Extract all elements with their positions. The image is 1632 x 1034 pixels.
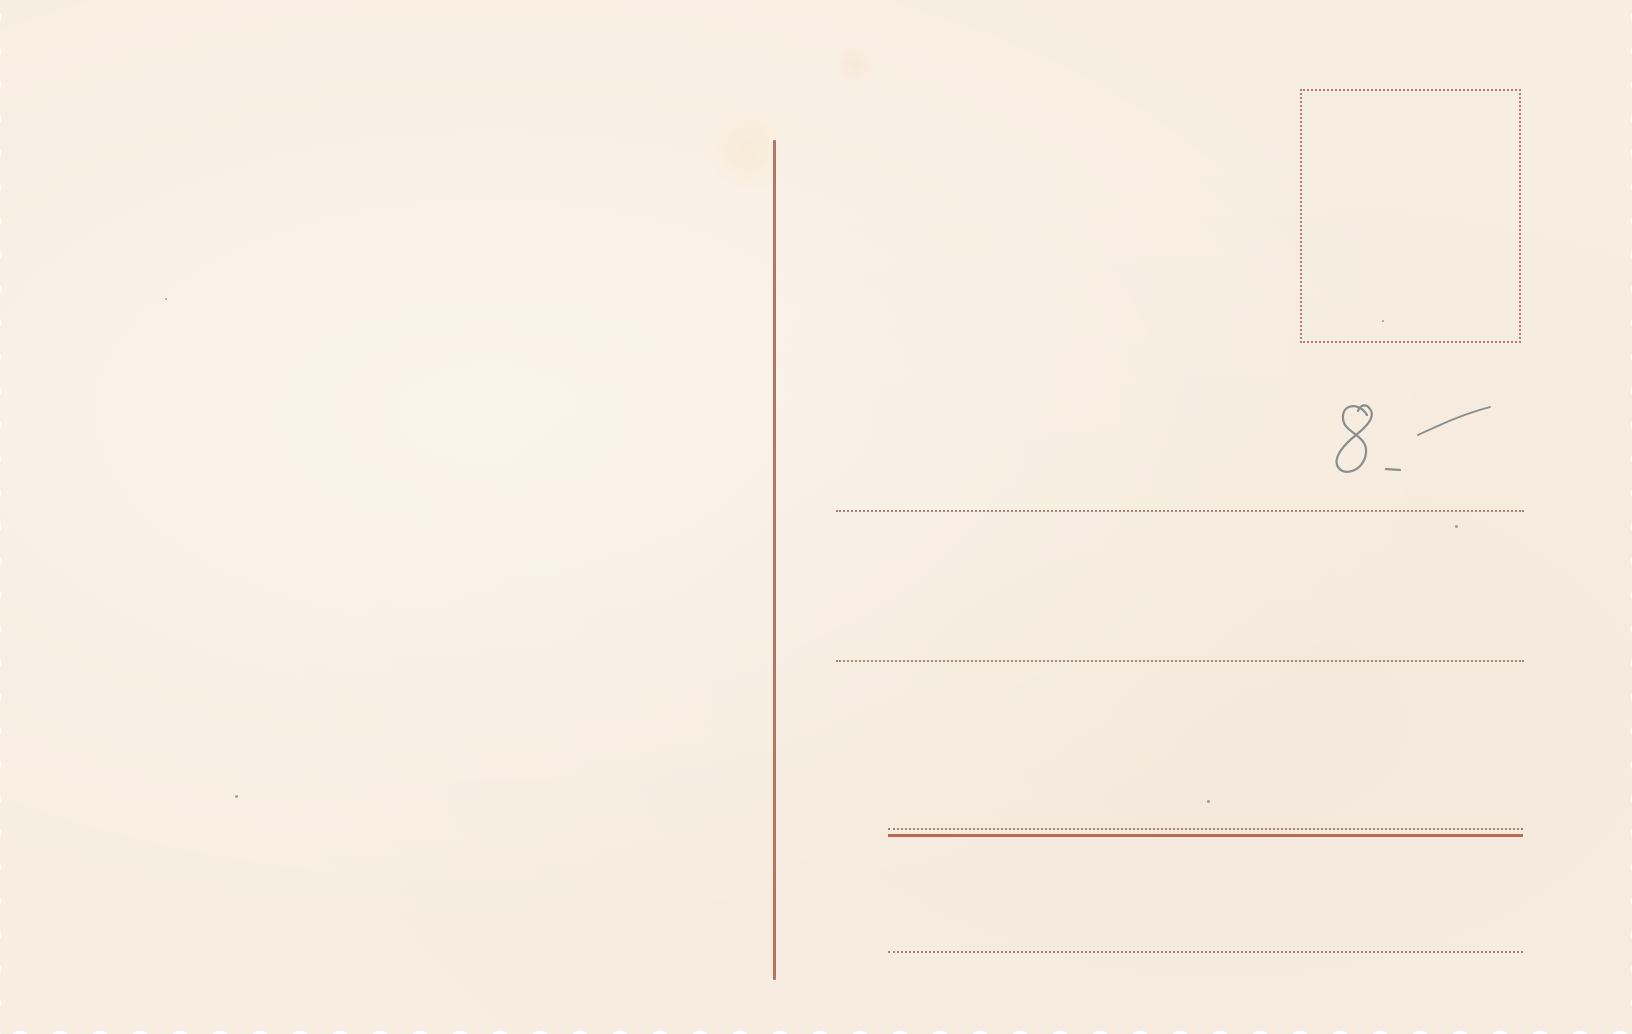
postcard-back: 8.-	[0, 0, 1632, 1034]
paper-speck	[235, 795, 238, 798]
message-area	[20, 20, 760, 1010]
address-line-3-dotted	[888, 828, 1523, 830]
paper-speck	[1455, 525, 1458, 528]
address-line-1	[836, 510, 1524, 512]
paper-speck	[1207, 800, 1210, 803]
deckled-edge-right	[1626, 0, 1632, 1034]
pencil-price-mark: 8.-	[1330, 395, 1500, 490]
paper-speck	[1382, 320, 1384, 322]
deckled-edge-top	[0, 0, 1632, 8]
address-line-4	[888, 951, 1523, 953]
stamp-box	[1300, 89, 1521, 343]
address-line-2	[836, 660, 1524, 662]
deckled-edge-left	[0, 0, 6, 1034]
deckled-edge-bottom	[0, 1026, 1632, 1034]
address-line-3-solid	[888, 834, 1523, 837]
center-divider-line	[773, 140, 776, 980]
paper-speck	[165, 298, 167, 300]
